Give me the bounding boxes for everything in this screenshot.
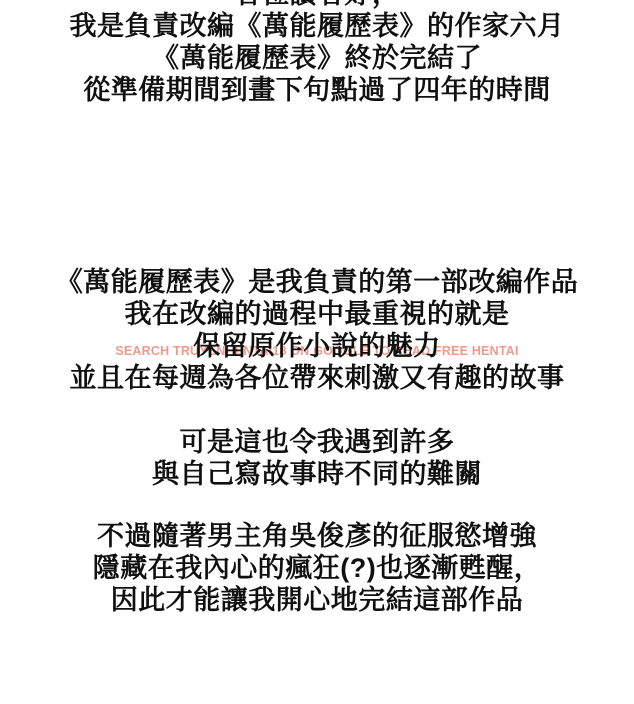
text-line: 不過隨著男主角吳俊彥的征服慾增強 [0,520,634,552]
afterword-page: SEARCH TRUYENHENTAI18 ON GOOGLE TO READ … [0,0,634,704]
afterword-text-column: 各位讀者好， 我是負責改編《萬能履歷表》的作家六月 《萬能履歷表》終於完結了 從… [0,0,634,616]
text-line: 《萬能履歷表》是我負責的第一部改編作品 [0,266,634,298]
text-line: 因此才能讓我開心地完結這部作品 [0,584,634,616]
text-line: 我在改編的過程中最重視的就是 [0,298,634,330]
text-line: 並且在每週為各位帶來刺激又有趣的故事 [0,362,634,394]
paragraph-difficulties: 可是這也令我遇到許多 與自己寫故事時不同的難關 [0,426,634,490]
text-line: 我是負責改編《萬能履歷表》的作家六月 [0,10,634,42]
text-line: 各位讀者好， [0,0,634,10]
paragraph-greeting: 各位讀者好， 我是負責改編《萬能履歷表》的作家六月 《萬能履歷表》終於完結了 從… [0,0,634,106]
text-line: 可是這也令我遇到許多 [0,426,634,458]
paragraph-adaptation: 《萬能履歷表》是我負責的第一部改編作品 我在改編的過程中最重視的就是 保留原作小… [0,266,634,394]
text-line: 與自己寫故事時不同的難關 [0,458,634,490]
text-line: 《萬能履歷表》終於完結了 [0,42,634,74]
text-line: 從準備期間到畫下句點過了四年的時間 [0,74,634,106]
text-line: 保留原作小說的魅力 [0,330,634,362]
paragraph-closing: 不過隨著男主角吳俊彥的征服慾增強 隱藏在我內心的瘋狂(?)也逐漸甦醒， 因此才能… [0,520,634,616]
text-line: 隱藏在我內心的瘋狂(?)也逐漸甦醒， [0,552,634,584]
